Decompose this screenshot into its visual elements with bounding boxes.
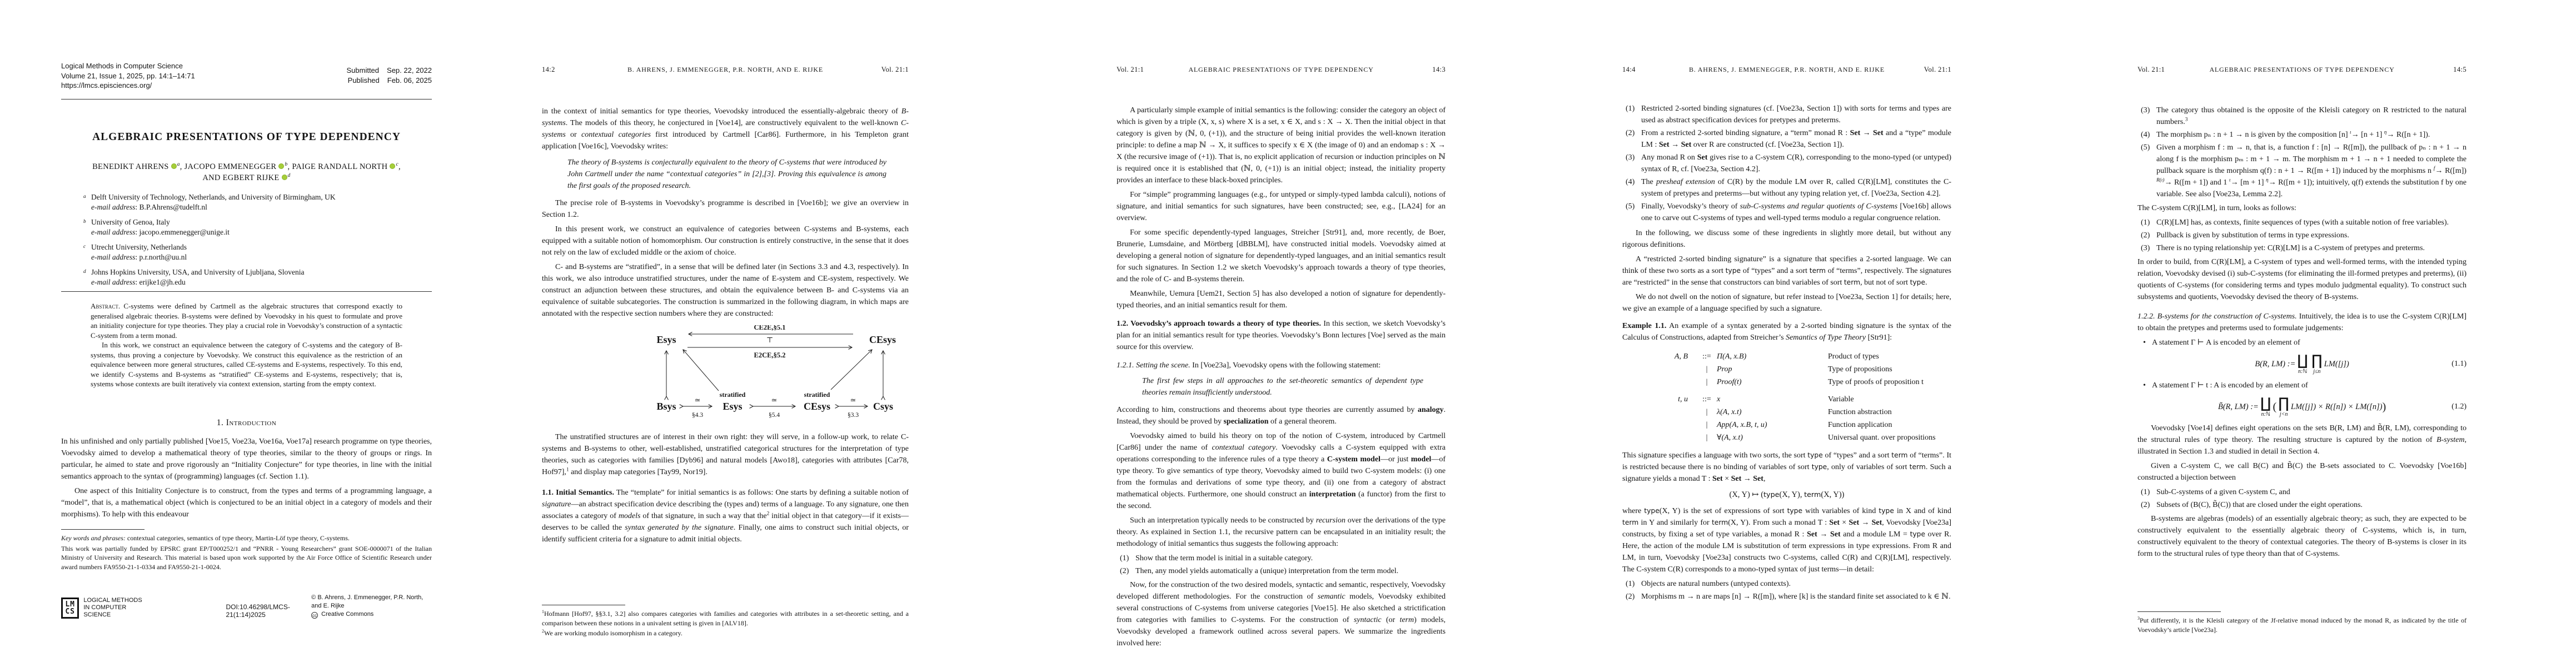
label-equivalence-2: ≃ xyxy=(771,396,778,404)
node-stratified-esys-label: stratified xyxy=(720,391,746,399)
text-span: Set xyxy=(1873,129,1884,137)
published-date: Feb. 06, 2025 xyxy=(387,76,432,84)
email-label: e-mail address xyxy=(91,278,135,286)
text-span: Set xyxy=(1830,530,1841,539)
text-span: → R([n + 1]). xyxy=(2386,131,2430,139)
product-operator: ∏j<n xyxy=(2278,396,2289,417)
text-span: The first few steps in all approaches to… xyxy=(1142,377,1423,397)
text-span: This work was partially funded by EPSRC … xyxy=(61,545,432,571)
footnote-rule xyxy=(61,529,145,530)
text-span: (X, Y)) xyxy=(1821,490,1844,499)
text-span: We do not dwell on the notion of signatu… xyxy=(1622,293,1951,313)
label-section-3-3: §3.3 xyxy=(848,412,859,419)
list-item: (4)The presheaf extension of C(R) by the… xyxy=(1622,176,1951,200)
text-span: → xyxy=(1859,519,1871,527)
text-span: syntactic xyxy=(1354,616,1382,624)
paragraph: According to him, constructions and theo… xyxy=(1117,404,1446,427)
diagram-svg: Esys CEsys Bsys Csys stratified Esys str… xyxy=(542,325,909,424)
section-1-1-heading: 1.1. Initial Semantics. xyxy=(542,489,614,497)
text-span: type xyxy=(1807,451,1823,459)
text-span: of “types” and a sort xyxy=(1823,451,1892,460)
email-label: e-mail address xyxy=(91,203,135,211)
text-span: In order to build, from C(R)[LM], a C-sy… xyxy=(2137,258,2467,301)
logo-letters-bottom: CS xyxy=(65,608,75,615)
syntax-grammar: A, B::=Π(A, x.B)Product of types |PropTy… xyxy=(1622,350,1951,444)
product-operator: ∏j≤n xyxy=(2311,354,2323,375)
footnote-block: 1Hofmann [Hof97, §§3.1, 3.2] also compar… xyxy=(542,605,909,639)
running-title: ALGEBRAIC PRESENTATIONS OF TYPE DEPENDEN… xyxy=(1117,66,1446,74)
text-span: type xyxy=(1910,530,1926,538)
funding-note: This work was partially funded by EPSRC … xyxy=(61,544,432,572)
text-span: C(R)[LM] has, as contexts, finite sequen… xyxy=(2156,218,2449,227)
text-span: sub-C-systems and regular quotients of C… xyxy=(1740,202,1898,211)
abstract-paragraph: In this work, we construct an equivalenc… xyxy=(91,340,402,389)
text-span: According to him, constructions and theo… xyxy=(1117,406,1418,414)
footnote-block: Key words and phrases: contextual catego… xyxy=(61,529,432,573)
abstract-paragraph: Abstract. C-systems were defined by Cart… xyxy=(91,301,402,340)
list-item: (2)Then, any model yields automatically … xyxy=(1117,565,1446,577)
text-span: in the context of initial semantics for … xyxy=(542,107,901,116)
text-span: Put differently, it is the Kleisli categ… xyxy=(2137,616,2467,634)
equation-number: (1.2) xyxy=(2452,402,2467,411)
list-item: (1)Sub-C-systems of a given C-system C, … xyxy=(2137,486,2467,498)
affil-marker: d xyxy=(83,266,86,276)
paragraph: In this present work, we construct an eq… xyxy=(542,223,909,258)
paragraph: Meanwhile, Uemura [Uem21, Section 5] has… xyxy=(1117,288,1446,311)
institution: Utrecht University, Netherlands xyxy=(91,243,187,251)
text-span: Set xyxy=(1753,475,1763,483)
volume-ref: Vol. 21:1 xyxy=(1924,66,1951,74)
text-span: Set xyxy=(1697,153,1708,162)
text-span: In [Voe23a], Voevodsky opens with the fo… xyxy=(1190,361,1381,370)
text-span: (or xyxy=(1382,616,1400,624)
page-14-4: 14:4 B. AHRENS, J. EMMENEGGER, P.R. NORT… xyxy=(1546,0,2061,667)
text-span: Sub-C-systems of a given C-system C, and xyxy=(2156,488,2290,496)
text-column: (1)Restricted 2-sorted binding signature… xyxy=(1622,103,1951,604)
text-span: There is no typing relationship yet: C(R… xyxy=(2156,244,2425,252)
text-span: The “template” for initial semantics is … xyxy=(614,489,909,497)
node-stratified-esys: Esys xyxy=(723,401,742,412)
text-span: type xyxy=(1644,507,1660,515)
text-span: recursion xyxy=(1316,516,1346,525)
text-span: , but not of sort xyxy=(1860,278,1910,287)
affiliations: aDelft University of Technology, Netherl… xyxy=(83,192,417,292)
copyright-icon: © xyxy=(311,594,316,601)
node-stratified-cesys-label: stratified xyxy=(804,391,830,399)
orcid-icon xyxy=(282,175,287,180)
text-span: Set xyxy=(1850,129,1861,137)
text-span: B-systems are algebras (models) of an es… xyxy=(2137,515,2467,558)
section-1-2: 1.2. Voevodsky’s approach towards a theo… xyxy=(1117,318,1446,353)
text-span: A statement Γ ⊢ t : A is encoded by an e… xyxy=(2152,381,2308,390)
text-span: of a general theorem. xyxy=(1268,417,1336,426)
text-span: contextual category xyxy=(1212,444,1275,452)
text-span: In this present work, we construct an eq… xyxy=(542,225,909,257)
text-span: of that signature, in such a way that th… xyxy=(640,512,766,520)
systems-equivalence-diagram: Esys CEsys Bsys Csys stratified Esys str… xyxy=(542,325,909,427)
grammar-row: |Proof(t)Type of proofs of proposition t xyxy=(1622,376,1951,389)
grammar-row: |λ(A, x.t)Function abstraction xyxy=(1622,406,1951,419)
text-span: AND EGBERT RIJKE xyxy=(202,173,279,182)
text-span: From a restricted 2-sorted binding signa… xyxy=(1641,129,1850,137)
text-span: Key words and phrases: xyxy=(61,534,126,542)
institution: Delft University of Technology, Netherla… xyxy=(91,193,336,201)
text-span: Set xyxy=(1848,519,1859,527)
text-span: in Y and similarly for xyxy=(1638,519,1712,527)
lmcs-logo: LM CS xyxy=(61,598,79,619)
text-span: 3 xyxy=(2185,116,2188,122)
text-span: The C-system C(R)[LM], in turn, looks as… xyxy=(2137,204,2296,212)
paragraph: where type(X, Y) is the set of expressio… xyxy=(1622,505,1951,575)
email-address[interactable]: B.P.Ahrens@tudelft.nl xyxy=(139,203,207,211)
paragraph: A “restricted 2-sorted binding signature… xyxy=(1622,253,1951,288)
affil-marker: c xyxy=(83,241,86,251)
journal-name: Logical Methods in Computer Science xyxy=(61,61,195,71)
text-span: (X, Y), xyxy=(1780,490,1805,499)
text-span: models xyxy=(619,512,641,520)
list-item: (3)The category thus obtained is the opp… xyxy=(2137,104,2467,128)
text-span: Objects are natural numbers (untyped con… xyxy=(1641,580,1791,588)
paragraph: The unstratified structures are of inter… xyxy=(542,431,909,478)
label-section-5-4: §5.4 xyxy=(769,412,780,419)
node-bsys: Bsys xyxy=(656,401,676,412)
equation-1-1: B(R, LM) := ∐n:ℕ ∏j≤n LM([j]) (1.1) xyxy=(2137,353,2467,375)
text-span: over R are constructed (cf. [Voe23a, Sec… xyxy=(1691,141,1844,149)
paragraph: Given a C-system C, we call B(C) and B̃(… xyxy=(2137,460,2467,484)
section-1-2-1-heading: 1.2.1. Setting the scene. xyxy=(1117,361,1190,370)
eq-body: LM([j]) xyxy=(2324,360,2349,369)
text-span: signature xyxy=(542,500,571,509)
list-item: (1)C(R)[LM] has, as contexts, finite seq… xyxy=(2137,217,2467,228)
list-item: (3)There is no typing relationship yet: … xyxy=(2137,242,2467,254)
text-span: d xyxy=(288,172,291,178)
text-span: Such an interpretation typically needs t… xyxy=(1130,516,1316,525)
page-14-3: Vol. 21:1 ALGEBRAIC PRESENTATIONS OF TYP… xyxy=(1030,0,1546,667)
page-14-1: Logical Methods in Computer Science Volu… xyxy=(0,0,515,667)
abstract: Abstract. C-systems were defined by Cart… xyxy=(91,301,402,389)
text-span: , xyxy=(398,162,401,171)
copyright-text: B. Ahrens, J. Emmenegger, P.R. North, an… xyxy=(311,594,423,609)
text-span: Set xyxy=(1681,141,1692,149)
abstract-rule xyxy=(61,291,432,292)
list-item: (2)Morphisms m → n are maps [n] → R([m])… xyxy=(1622,591,1951,603)
grammar-row: |PropType of propositions xyxy=(1622,363,1951,376)
paragraph: We do not dwell on the notion of signatu… xyxy=(1622,291,1951,315)
list-item: (2)From a restricted 2-sorted binding si… xyxy=(1622,127,1951,151)
node-esys: Esys xyxy=(656,334,676,345)
orcid-icon xyxy=(171,163,177,169)
text-span: Any monad R on xyxy=(1641,153,1697,162)
affiliation-c: cUtrecht University, Netherlands e-mail … xyxy=(83,242,417,262)
affiliation-a: aDelft University of Technology, Netherl… xyxy=(83,192,417,212)
footnote-rule xyxy=(2137,611,2221,612)
section-1-2-1: 1.2.1. Setting the scene. In [Voe23a], V… xyxy=(1117,360,1446,371)
bullet-item: A statement Γ ⊢ A is encoded by an eleme… xyxy=(2137,337,2467,349)
text-span: The morphism pₙ : n + 1 → n is given by … xyxy=(2156,131,2350,139)
institution: Johns Hopkins University, USA, and Unive… xyxy=(91,268,304,276)
text-span: Show that the term model is initial in a… xyxy=(1135,554,1313,563)
list-item: (2)Pullback is given by substitution of … xyxy=(2137,230,2467,241)
license-text[interactable]: Creative Commons xyxy=(321,611,373,618)
label-ce2e: CE2E,§5.1 xyxy=(754,325,786,331)
authors-line-2: AND EGBERT RIJKEd xyxy=(61,172,432,183)
text-column: (3)The category thus obtained is the opp… xyxy=(2137,104,2467,563)
text-span: Restricted 2-sorted binding signatures (… xyxy=(1641,104,1951,125)
text-span: C-system model xyxy=(1327,455,1381,464)
volume-info: Volume 21, Issue 1, 2025, pp. 14:1–14:71 xyxy=(61,71,195,81)
text-span: → xyxy=(1670,141,1681,149)
text-span: One aspect of this Initiality Conjecture… xyxy=(61,487,432,519)
text-span: term xyxy=(1399,616,1414,624)
list-item: (2)Subsets of (B(C), B̃(C)) that are clo… xyxy=(2137,499,2467,511)
email-address[interactable]: p.r.north@uu.nl xyxy=(139,253,187,261)
section-1-2-2-heading: 1.2.2. B-systems for the construction of… xyxy=(2137,312,2297,321)
paragraph: Now, for the construction of the two des… xyxy=(1117,579,1446,649)
text-span: syntax generated by the signature xyxy=(625,524,734,532)
text-span: Set xyxy=(1872,519,1882,527)
text-span: Set xyxy=(1829,519,1840,527)
label-e2ce: E2CE,§5.2 xyxy=(754,351,786,359)
paragraph: B-systems are algebras (models) of an es… xyxy=(2137,513,2467,560)
journal-url[interactable]: https://lmcs.episciences.org/ xyxy=(61,81,195,91)
paper-title: ALGEBRAIC PRESENTATIONS OF TYPE DEPENDEN… xyxy=(61,131,432,143)
footnote-block: 3Put differently, it is the Kleisli cate… xyxy=(2137,611,2467,635)
example-label: Example 1.1. xyxy=(1622,322,1666,330)
text-span: Given a morphism f : m → n, that is, a f… xyxy=(2156,143,2467,175)
institution: University of Genoa, Italy xyxy=(91,218,170,226)
page-14-5: Vol. 21:1 ALGEBRAIC PRESENTATIONS OF TYP… xyxy=(2061,0,2576,667)
paragraph: Voevodsky aimed to build his theory on t… xyxy=(1117,430,1446,512)
text-span: Set xyxy=(1731,475,1742,483)
text-span: type xyxy=(1879,507,1894,515)
text-span: or xyxy=(566,131,581,139)
text-span: A statement Γ ⊢ A is encoded by an eleme… xyxy=(2152,339,2300,347)
adjunction-symbol: ⊤ xyxy=(766,336,773,344)
affil-marker: b xyxy=(83,216,86,226)
eq-paren-open: ( xyxy=(2273,401,2277,414)
orcid-icon xyxy=(278,163,284,169)
orcid-icon xyxy=(390,163,395,169)
paragraph: A particularly simple example of initial… xyxy=(1117,104,1446,186)
text-span: → R([m + 1]) and 1 xyxy=(2164,178,2229,187)
affiliation-d: dJohns Hopkins University, USA, and Univ… xyxy=(83,267,417,287)
text-span: type xyxy=(1910,278,1926,286)
text-span: Pullback is given by substitution of ter… xyxy=(2156,231,2349,240)
text-span: , xyxy=(1763,475,1766,483)
email-label: e-mail address xyxy=(91,228,135,236)
text-span: A particularly simple example of initial… xyxy=(1117,106,1446,185)
page-footer: LM CS LOGICAL METHODS IN COMPUTER SCIENC… xyxy=(61,594,432,619)
submission-dates: SubmittedSep. 22, 2022 PublishedFeb. 06,… xyxy=(311,66,432,85)
text-span: This signature specifies a language with… xyxy=(1622,451,1807,460)
eq-paren-close: ) xyxy=(2382,401,2386,414)
text-span: term xyxy=(1891,451,1907,459)
page-14-2: 14:2 B. AHRENS, J. EMMENEGGER, P.R. NORT… xyxy=(515,0,1030,667)
text-span: semantic xyxy=(1318,593,1346,601)
text-span: where xyxy=(1622,507,1644,515)
grammar-row: A, B::=Π(A, x.B)Product of types xyxy=(1622,350,1951,363)
text-span: term xyxy=(1844,278,1860,286)
page-number: 14:5 xyxy=(2453,66,2467,74)
text-span: contextual categories xyxy=(581,131,651,139)
authors-line-1: BENEDIKT AHRENSa, JACOPO EMMENEGGERb, PA… xyxy=(61,161,432,172)
grammar-row: t, u::=xVariable xyxy=(1622,393,1951,406)
text-span: Hofmann [Hof97, §§3.1, 3.2] also compare… xyxy=(542,610,909,627)
text-span: → xyxy=(1860,129,1873,137)
text-span: , JACOPO EMMENEGGER xyxy=(180,162,277,171)
text-span: Set xyxy=(1659,141,1670,149)
node-csys: Csys xyxy=(873,401,893,412)
text-span: analogy xyxy=(1418,406,1444,414)
list-item: (1)Show that the term model is initial i… xyxy=(1117,552,1446,564)
label-equivalence-3: ≃ xyxy=(850,396,856,404)
text-span: The precise role of B-systems in Voevods… xyxy=(542,199,909,219)
copyright-block: © B. Ahrens, J. Emmenegger, P.R. North, … xyxy=(311,594,432,619)
paragraph: In order to build, from C(R)[LM], a C-sy… xyxy=(2137,256,2467,303)
text-span: (X, Y). From such a monad T : xyxy=(1728,519,1829,527)
text-span: contextual categories, semantics of type… xyxy=(126,534,350,542)
text-span: —or just xyxy=(1381,455,1411,464)
equation-number: (1.1) xyxy=(2452,360,2467,369)
paragraph: Such an interpretation typically needs t… xyxy=(1117,515,1446,550)
text-span: (X, Y) ↦ ( xyxy=(1729,490,1763,499)
eq-lhs: B(R, LM) := xyxy=(2255,360,2295,369)
text-span: term xyxy=(1804,491,1821,499)
text-span: → xyxy=(1741,475,1753,483)
text-span: of “types” and a sort xyxy=(1741,267,1810,275)
text-span: [Str91]: xyxy=(1866,333,1892,342)
email-address[interactable]: erijke1@jh.edu xyxy=(139,278,186,286)
text-span: C-systems were defined by Cartmell as th… xyxy=(91,302,402,340)
text-span: . The models of this theory, he conjectu… xyxy=(566,119,901,127)
text-span: term xyxy=(1910,463,1926,471)
email-label: e-mail address xyxy=(91,253,135,261)
intro-column: In his unfinished and only partially pub… xyxy=(61,436,432,523)
text-span: For “simple” programming languages (e.g.… xyxy=(1117,191,1446,222)
text-span: term xyxy=(1810,267,1826,275)
journal-masthead: Logical Methods in Computer Science Volu… xyxy=(61,61,195,91)
section-1-2-2: 1.2.2. B-systems for the construction of… xyxy=(2137,311,2467,334)
section-heading-introduction: 1. Introduction xyxy=(61,418,432,428)
paragraph: In the following, we discuss some of the… xyxy=(1622,227,1951,251)
text-span: The category thus obtained is the opposi… xyxy=(2156,106,2467,126)
paragraph: Voevodsky [Voe14] defines eight operatio… xyxy=(2137,422,2467,457)
published-label: Published xyxy=(348,76,380,86)
node-stratified-cesys: CEsys xyxy=(804,401,830,412)
list-item: (5)Finally, Voevodsky’s theory of sub-C-… xyxy=(1622,201,1951,224)
paragraph: One aspect of this Initiality Conjecture… xyxy=(61,485,432,520)
text-span: , PAIGE RANDALL NORTH xyxy=(287,162,387,171)
volume-ref: Vol. 21:1 xyxy=(881,66,909,74)
email-address[interactable]: jacopo.emmenegger@unige.it xyxy=(139,228,230,236)
text-span: type xyxy=(1812,463,1827,471)
node-cesys: CEsys xyxy=(869,334,896,345)
equation-1-2: B̃(R, LM) := ∐n:ℕ ( ∏j<n LM([j]) × R([n]… xyxy=(2137,396,2467,418)
text-span: and a module LM = xyxy=(1841,530,1910,539)
text-span: with variables of kind xyxy=(1802,507,1879,515)
text-span: The theory of B-systems is conjecturally… xyxy=(567,158,886,190)
text-span: Then, any model yields automatically a (… xyxy=(1135,567,1398,575)
list-item: (4)The morphism pₙ : n + 1 → n is given … xyxy=(2137,129,2467,141)
text-span: Morphisms m → n are maps [n] → R([m]), w… xyxy=(1641,593,1951,601)
submitted-date: Sep. 22, 2022 xyxy=(387,66,432,74)
text-span: C- and B-systems are “stratified”, in a … xyxy=(542,263,909,318)
paragraph: C- and B-systems are “stratified”, in a … xyxy=(542,261,909,320)
list-item: (5)Given a morphism f : m → n, that is, … xyxy=(2137,142,2467,200)
creative-commons-icon: cc xyxy=(311,612,318,619)
text-span: (X, Y) is the set of expressions of sort xyxy=(1660,507,1787,515)
list-item: (1)Restricted 2-sorted binding signature… xyxy=(1622,103,1951,126)
journal-footer-name: LOGICAL METHODS IN COMPUTER SCIENCE xyxy=(83,597,142,619)
paragraph: For some specific dependently-typed lang… xyxy=(1117,227,1446,285)
paragraph: This signature specifies a language with… xyxy=(1622,450,1951,485)
paragraph: The precise role of B-systems in Voevods… xyxy=(542,197,909,221)
block-quote: The theory of B-systems is conjecturally… xyxy=(542,156,909,193)
text-span: B-system xyxy=(2437,436,2465,444)
text-span: Subsets of (B(C), B̃(C)) that are closed… xyxy=(2156,501,2363,509)
grammar-row: |App(A, x.B, t, u)Function application xyxy=(1622,419,1951,431)
coproduct-operator: ∐n:ℕ xyxy=(2260,396,2271,417)
label-equivalence-1: ≃ xyxy=(695,396,701,404)
text-span: For some specific dependently-typed lang… xyxy=(1117,228,1446,283)
author-list: BENEDIKT AHRENSa, JACOPO EMMENEGGERb, PA… xyxy=(61,161,432,183)
text-span: model xyxy=(1411,455,1432,464)
submitted-label: Submitted xyxy=(346,66,379,76)
footnote-2: 2We are working modulo isomorphism in a … xyxy=(542,629,909,638)
text-span: We are working modulo isomorphism in a c… xyxy=(544,629,682,637)
text-span: interpretation xyxy=(1309,490,1356,499)
running-authors: B. AHRENS, J. EMMENEGGER, P.R. NORTH, AN… xyxy=(542,66,909,74)
coproduct-operator: ∐n:ℕ xyxy=(2297,354,2308,375)
text-span: specialization xyxy=(1223,417,1268,426)
text-span: term xyxy=(1712,519,1728,526)
footnote-rule xyxy=(542,605,625,605)
text-span: term xyxy=(1622,519,1638,526)
text-span: . xyxy=(1925,278,1927,287)
text-span: in X and of kind xyxy=(1894,507,1951,515)
header-rule xyxy=(61,99,432,99)
text-span: type xyxy=(1726,267,1741,275)
text-span: In his unfinished and only partially pub… xyxy=(61,437,432,481)
footnote-1: 1Hofmann [Hof97, §§3.1, 3.2] also compar… xyxy=(542,609,909,628)
text-span: type xyxy=(1787,507,1803,515)
doi-link[interactable]: DOI:10.46298/LMCS-21(1:14)2025 xyxy=(226,603,311,619)
text-span: type xyxy=(1763,491,1779,499)
grammar-row: |∀(A, x.t)Universal quant. over proposit… xyxy=(1622,431,1951,444)
running-authors: B. AHRENS, J. EMMENEGGER, P.R. NORTH, AN… xyxy=(1622,66,1951,74)
arrow-stratcesys-cesys xyxy=(831,350,872,390)
text-span: Finally, Voevodsky’s theory of xyxy=(1641,202,1740,211)
text-span: presheaf extension xyxy=(1656,178,1715,186)
text-span: → xyxy=(1817,530,1830,539)
text-column: A particularly simple example of initial… xyxy=(1117,104,1446,652)
abstract-label: Abstract. xyxy=(91,302,120,310)
paragraph: The C-system C(R)[LM], in turn, looks as… xyxy=(2137,202,2467,214)
paragraph: In his unfinished and only partially pub… xyxy=(61,436,432,482)
text-span: Meanwhile, Uemura [Uem21, Section 5] has… xyxy=(1117,290,1446,310)
text-span: Semantics of Type Theory xyxy=(1786,333,1866,342)
text-span: R(ι) xyxy=(2156,177,2164,182)
text-span: → [n + 1] xyxy=(2351,131,2384,139)
eq-lhs: B̃(R, LM) := xyxy=(2218,402,2259,412)
text-column: in the context of initial semantics for … xyxy=(542,106,909,548)
eq-body: LM([j]) × R([n]) × LM([n]) xyxy=(2291,402,2383,412)
text-span: → R([m]) xyxy=(2435,167,2467,175)
footnote-3: 3Put differently, it is the Kleisli cate… xyxy=(2137,616,2467,634)
text-span: In this work, we construct an equivalenc… xyxy=(91,341,402,388)
text-span: Set xyxy=(1807,530,1817,539)
text-span: In the following, we discuss some of the… xyxy=(1622,229,1951,249)
